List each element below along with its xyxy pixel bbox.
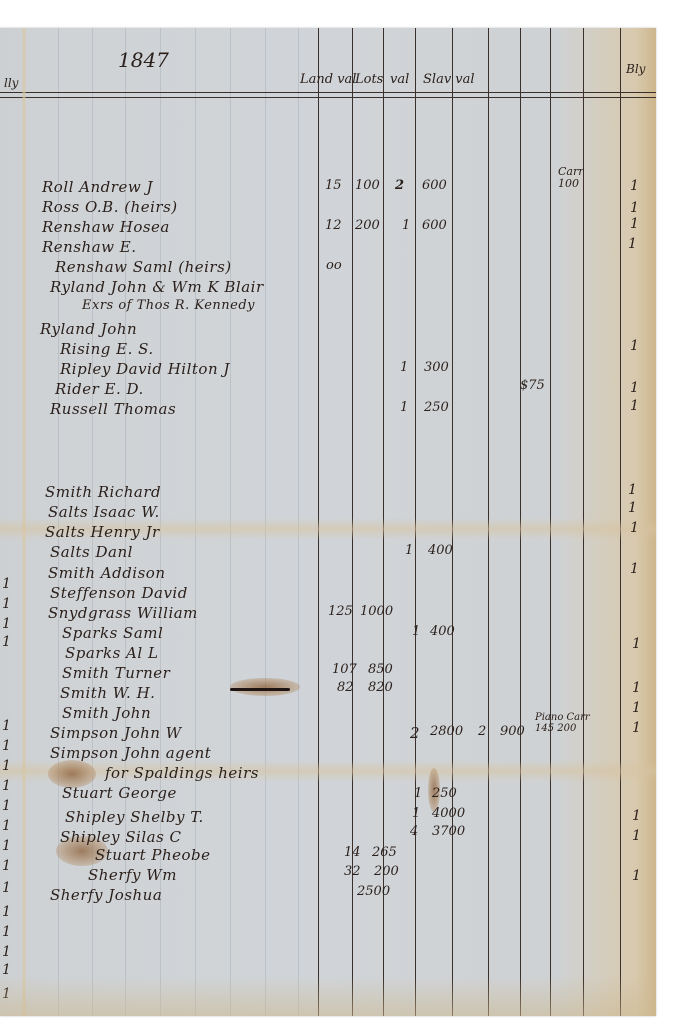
tick-mark: 1 — [632, 808, 641, 824]
lots-count: 1 — [412, 806, 420, 821]
tick-mark: 1 — [628, 500, 637, 516]
tick-mark: 1 — [628, 236, 637, 252]
margin-tick: 1 — [2, 818, 11, 834]
entry-name: Salts Danl — [50, 543, 133, 561]
column-header: Land val — [300, 72, 356, 87]
lots-value: 2800 — [430, 724, 463, 739]
land-value: 15 — [325, 178, 342, 193]
lots-value: 400 — [428, 543, 453, 558]
margin-tick: 1 — [2, 904, 11, 920]
land-value: 200 — [355, 218, 380, 233]
tick-mark: 1 — [630, 380, 639, 396]
entry-name: Roll Andrew J — [42, 178, 153, 196]
entry-name: Steffenson David — [50, 584, 188, 602]
tick-mark: 1 — [630, 200, 639, 216]
land-value: oo — [326, 258, 342, 273]
paper-fold — [0, 760, 656, 782]
entry-name: Sherfy Joshua — [50, 886, 162, 904]
tick-mark: 1 — [632, 700, 641, 716]
lots-value: 300 — [424, 360, 449, 375]
land-value: 850 — [368, 662, 393, 677]
entry-name: Simpson John agent — [50, 744, 211, 762]
tick-mark: 1 — [630, 178, 639, 194]
header-rule — [0, 92, 656, 93]
lots-count: 2 — [410, 724, 420, 742]
entry-name: Smith Turner — [62, 664, 170, 682]
entry-name: Rider E. D. — [55, 380, 144, 398]
strike-through — [230, 688, 290, 691]
margin-tick: 1 — [2, 778, 11, 794]
lots-count: 1 — [412, 624, 420, 639]
entry-name: Russell Thomas — [50, 400, 176, 418]
margin-tick: 1 — [2, 616, 11, 632]
ink-stain — [230, 678, 300, 696]
tick-mark: 1 — [632, 720, 641, 736]
land-value: 2500 — [357, 884, 390, 899]
entry-name: Rising E. S. — [60, 340, 154, 358]
tick-mark: 1 — [630, 561, 639, 577]
tick-mark: 1 — [630, 520, 639, 536]
margin-tick: 1 — [2, 596, 11, 612]
entry-name: Salts Isaac W. — [48, 503, 160, 521]
entry-name: Salts Henry Jr — [45, 523, 160, 541]
margin-tick: 1 — [2, 718, 11, 734]
tick-mark: 1 — [632, 828, 641, 844]
lots-value: 4000 — [432, 806, 465, 821]
land-value: 1000 — [360, 604, 393, 619]
ledger-page: 1847 lly Land val Lots val Slav val Bly … — [0, 28, 656, 1016]
note: Carr 100 — [558, 166, 592, 190]
right-header: Bly — [626, 62, 645, 76]
note: $75 — [520, 378, 545, 393]
entry-name: Stuart Pheobe — [95, 846, 211, 864]
land-value: 14 — [344, 845, 361, 860]
entry-name: for Spaldings heirs — [105, 764, 259, 782]
note: Piano Carr 145 200 — [535, 712, 595, 734]
entry-name: Renshaw Hosea — [42, 218, 170, 236]
slave-value: 900 — [500, 724, 525, 739]
entry-name: Shipley Silas C — [60, 828, 182, 846]
slave-count: 2 — [478, 724, 486, 739]
header-rule — [0, 97, 656, 98]
lots-count: 1 — [405, 543, 413, 558]
column-header: val — [390, 72, 409, 87]
entry-name: Ripley David Hilton J — [60, 360, 230, 378]
margin-tick: 1 — [2, 880, 11, 896]
entry-name: Renshaw Saml (heirs) — [55, 258, 232, 276]
lots-value: 600 — [422, 178, 447, 193]
margin-tick: 1 — [2, 576, 11, 592]
entry-name: Ryland John — [40, 320, 137, 338]
margin-tick: 1 — [2, 634, 11, 650]
lots-value: 600 — [422, 218, 447, 233]
margin-tick: 1 — [2, 838, 11, 854]
entry-name: Sparks Al L — [65, 644, 158, 662]
lots-value: 250 — [424, 400, 449, 415]
year-label: 1847 — [118, 48, 169, 72]
entry-name: Renshaw E. — [42, 238, 136, 256]
land-value: 265 — [372, 845, 397, 860]
entry-name: Ryland John & Wm K Blair — [50, 278, 264, 296]
lots-value: 250 — [432, 786, 457, 801]
land-value: 82 — [337, 680, 354, 695]
tick-mark: 1 — [628, 482, 637, 498]
column-header: Slav val — [423, 72, 475, 87]
entry-name: Smith W. H. — [60, 684, 155, 702]
tick-mark: 1 — [630, 216, 639, 232]
margin-tick: 1 — [2, 758, 11, 774]
margin-tick: 1 — [2, 798, 11, 814]
margin-tick: 1 — [2, 986, 11, 1002]
entry-name: Smith John — [62, 704, 151, 722]
lots-count: 4 — [410, 824, 418, 839]
margin-tick: 1 — [2, 738, 11, 754]
entry-name: Simpson John W — [50, 724, 182, 742]
land-value: 100 — [355, 178, 380, 193]
margin-tick: 1 — [2, 858, 11, 874]
lots-value: 3700 — [432, 824, 465, 839]
margin-tick: 1 — [2, 924, 11, 940]
entry-name: Shipley Shelby T. — [65, 808, 204, 826]
lots-count: 2 — [395, 178, 404, 193]
entry-name: Sherfy Wm — [88, 866, 177, 884]
entry-name: Sparks Saml — [62, 624, 163, 642]
tick-mark: 1 — [632, 636, 641, 652]
entry-name: Stuart George — [62, 784, 177, 802]
land-value: 125 — [328, 604, 353, 619]
margin-tick: 1 — [2, 944, 11, 960]
entry-name: Ross O.B. (heirs) — [42, 198, 178, 216]
left-header-fragment: lly — [4, 76, 18, 90]
lots-value: 400 — [430, 624, 455, 639]
margin-tick: 1 — [2, 962, 11, 978]
entry-name: Exrs of Thos R. Kennedy — [82, 298, 255, 313]
column-header: Lots — [355, 72, 383, 87]
tick-mark: 1 — [632, 868, 641, 884]
land-value: 107 — [332, 662, 357, 677]
land-value: 12 — [325, 218, 342, 233]
lots-count: 1 — [414, 786, 422, 801]
lots-count: 1 — [400, 360, 408, 375]
entry-name: Smith Addison — [48, 564, 165, 582]
entry-name: Smith Richard — [45, 483, 161, 501]
land-value: 32 — [344, 864, 361, 879]
lots-count: 1 — [400, 400, 408, 415]
land-value: 200 — [374, 864, 399, 879]
tick-mark: 1 — [632, 680, 641, 696]
entry-name: Snydgrass William — [48, 604, 198, 622]
tick-mark: 1 — [630, 398, 639, 414]
land-value: 820 — [368, 680, 393, 695]
lots-count: 1 — [402, 218, 410, 233]
tick-mark: 1 — [630, 338, 639, 354]
